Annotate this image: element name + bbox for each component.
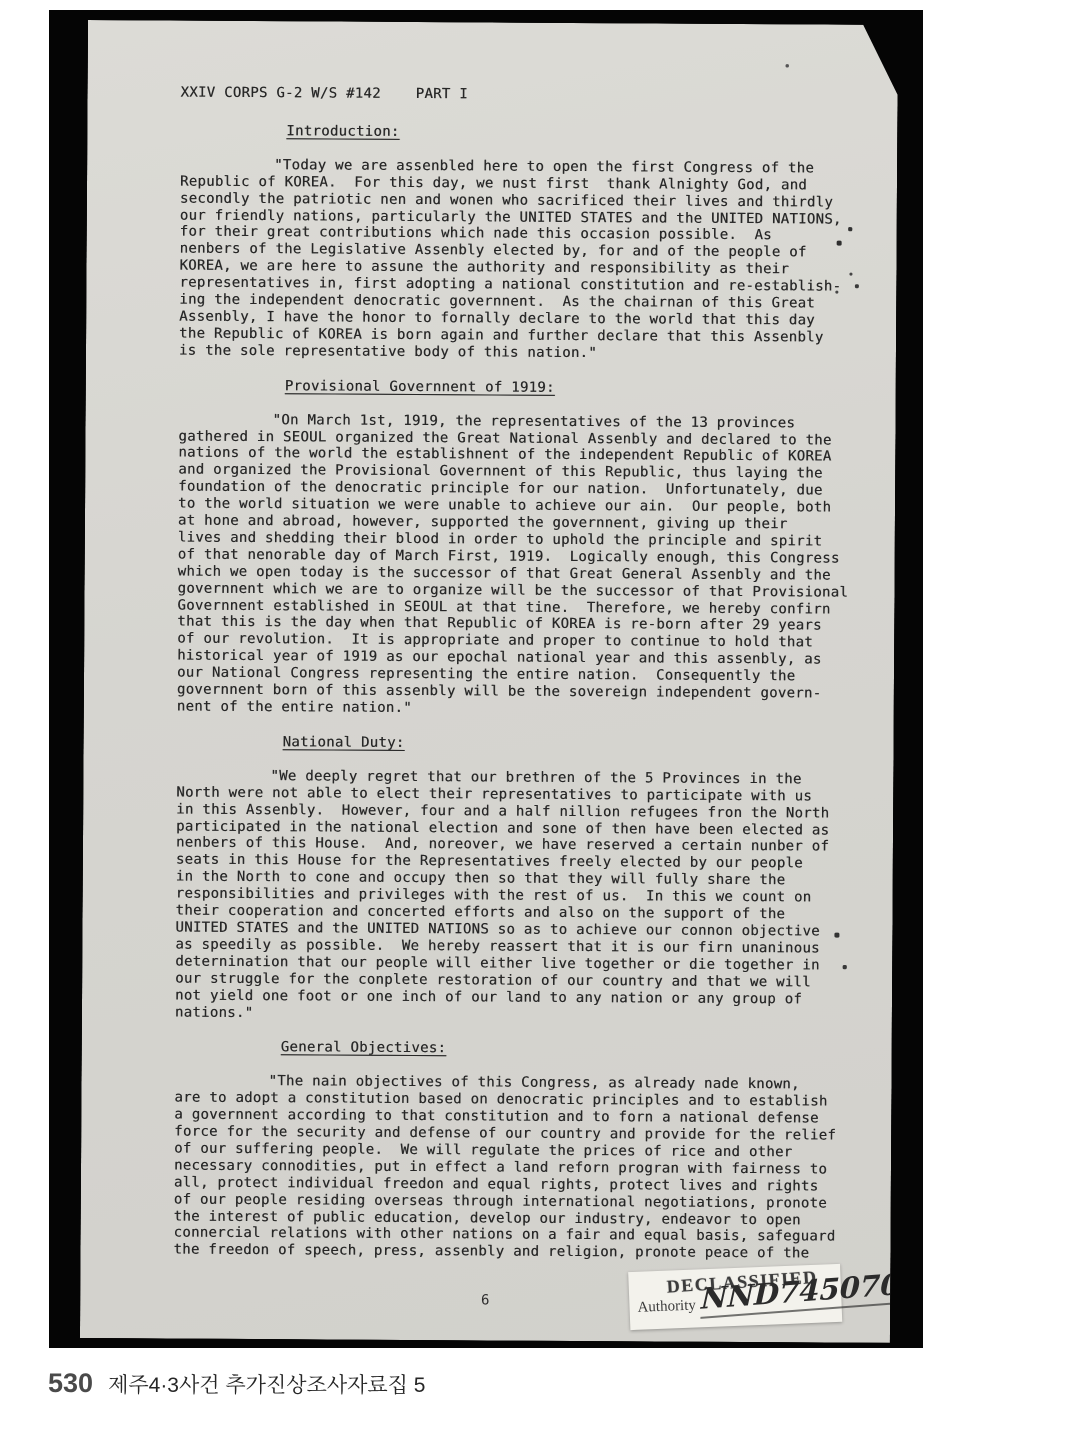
section-heading: Provisional Governnent of 1919: — [285, 378, 555, 397]
section-heading: National Duty: — [283, 734, 405, 752]
declassified-stamp-authority-label: Authority — [637, 1298, 696, 1317]
document-text-line: the freedon of speech, press, assenbly a… — [173, 1242, 887, 1263]
book-page-number: 530 — [48, 1368, 93, 1399]
declassified-stamp: DECLASSIFIED Authority NND745070 — [628, 1264, 842, 1330]
book-caption: 530 제주4·3사건 추가진상조사자료집 5 — [48, 1368, 425, 1399]
document-header: XXIV CORPS G-2 W/S #142 PART I — [181, 85, 895, 106]
section-heading: General Objectives: — [281, 1040, 447, 1058]
scan-background-mat: XXIV CORPS G-2 W/S #142 PART I Introduct… — [49, 10, 923, 1348]
section-heading: Introduction: — [286, 123, 399, 141]
ink-specks — [88, 20, 89, 21]
document-page: XXIV CORPS G-2 W/S #142 PART I Introduct… — [80, 20, 898, 1343]
document-text: XXIV CORPS G-2 W/S #142 PART I Introduct… — [173, 85, 894, 1264]
book-title: 제주4·3사건 추가진상조사자료집 5 — [108, 1369, 425, 1399]
document-body: Introduction:"Today we are assenbled her… — [173, 122, 894, 1263]
